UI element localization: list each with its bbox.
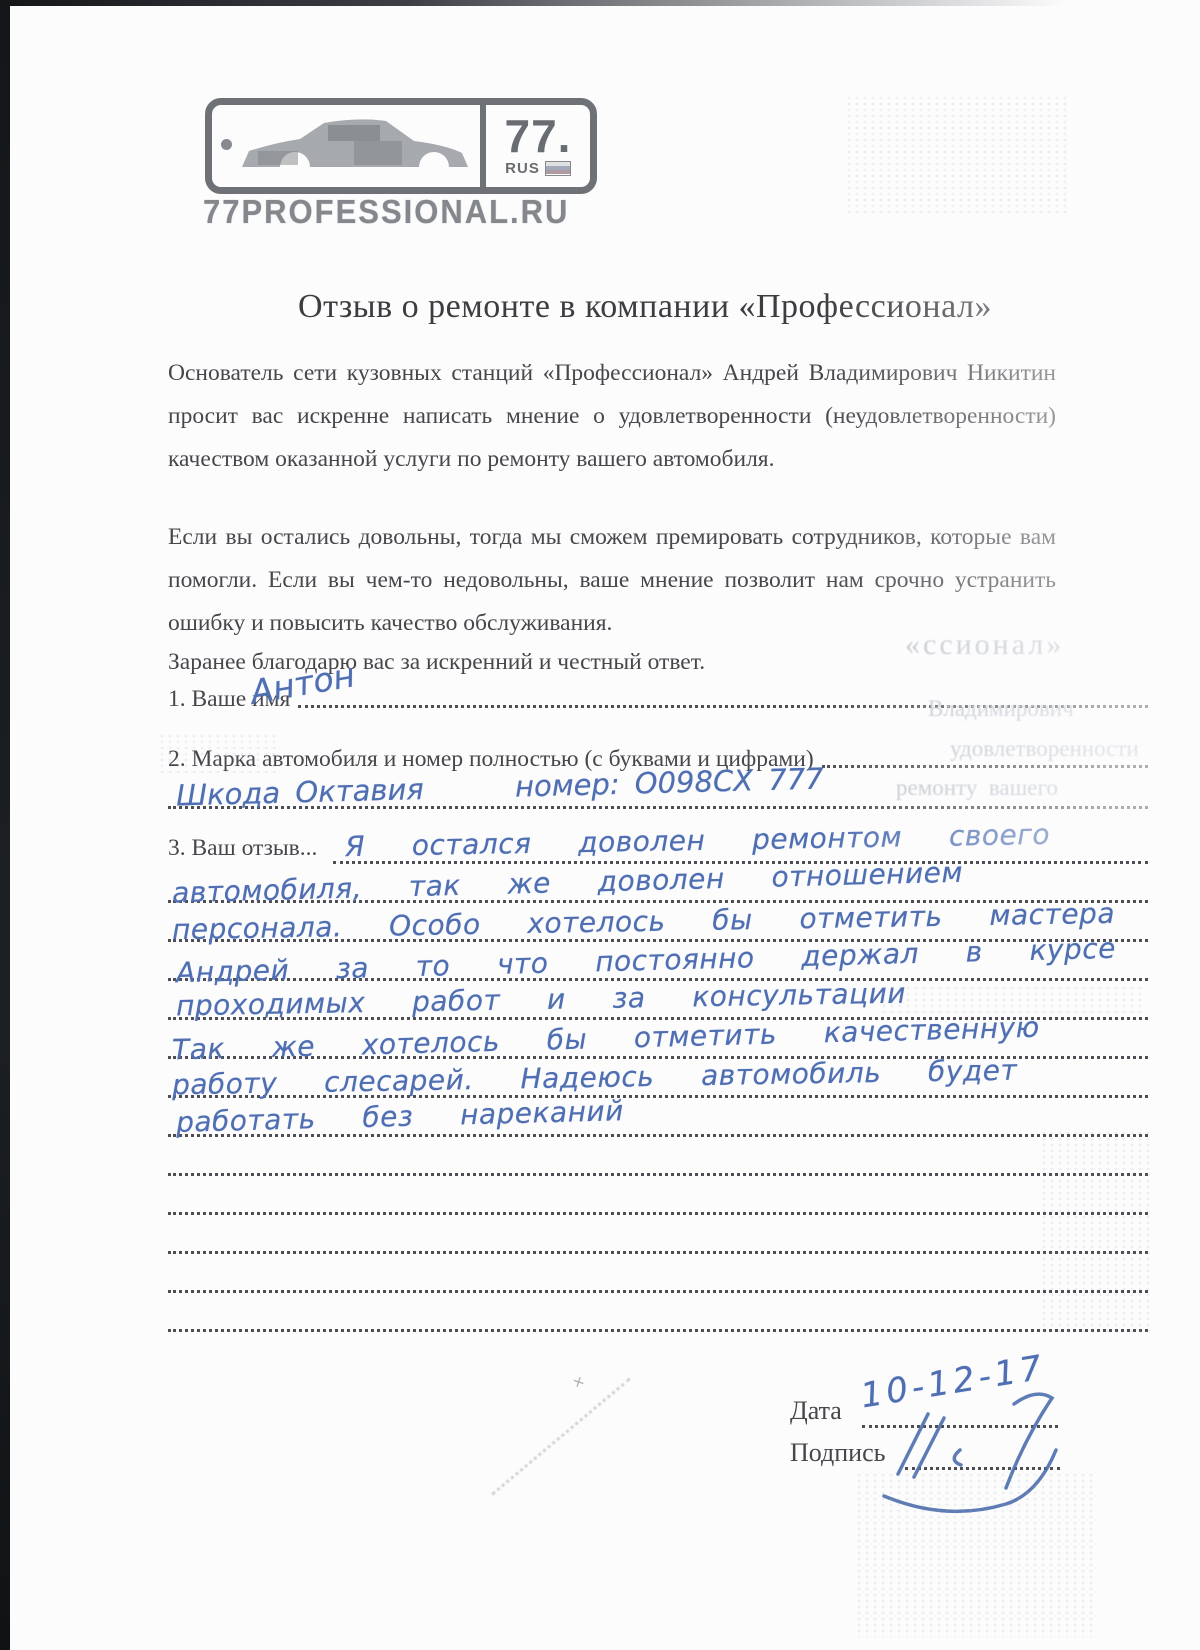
date-label: Дата [790, 1396, 842, 1426]
bleedthrough-speckle-left [158, 733, 278, 775]
pencil-mark: + [569, 1370, 588, 1392]
ghost-text-2: Владимирович [928, 696, 1074, 722]
empty-dotted-line-2 [168, 1212, 1148, 1215]
plate-region-label: RUS [505, 160, 540, 177]
ghost-text-1: «ссионал» [905, 628, 1064, 662]
site-url: 77PROFESSIONAL.RU [203, 193, 603, 232]
russia-flag-icon [545, 161, 571, 176]
plate-number: 77. [505, 116, 572, 156]
question-3-label: 3. Ваш отзыв... [168, 835, 317, 862]
intro-paragraph-2: Если вы остались довольны, тогда мы смож… [168, 516, 1056, 645]
empty-dotted-line-3 [168, 1251, 1148, 1254]
empty-dotted-line-1 [168, 1173, 1148, 1176]
form-title: Отзыв о ремонте в компании «Профессионал… [150, 288, 1140, 326]
scan-edge-left [0, 0, 10, 1650]
bleedthrough-speckle-right-column [1040, 1130, 1152, 1335]
plate-region-block: 77. RUS [480, 105, 590, 187]
company-logo-license-plate: 77. RUS [205, 98, 597, 194]
scanned-feedback-form: 77. RUS 77PROFESSIONAL.RU Отзыв о ремонт… [0, 0, 1200, 1650]
intro-paragraph-1: Основатель сети кузовных станций «Профес… [168, 352, 1056, 481]
empty-dotted-line-4 [168, 1290, 1148, 1293]
plate-bolt-icon [221, 139, 232, 150]
pencil-smudge [491, 1378, 631, 1496]
car-silhouette-icon [236, 111, 476, 181]
question-2-dotted-line [822, 765, 1148, 768]
ghost-text-3: удовлетворенности [950, 736, 1139, 762]
ghost-text-4: ремонту вашего [896, 775, 1058, 801]
handwritten-review-line-8: работать без нареканий [176, 1094, 625, 1139]
bleedthrough-speckle-top-right [845, 95, 1070, 215]
bleedthrough-speckle-bottom-right [855, 1472, 1095, 1637]
scan-edge-top [0, 0, 1160, 6]
empty-dotted-line-5 [168, 1329, 1148, 1332]
bleedthrough-speckle-mid-right [880, 985, 1145, 1015]
